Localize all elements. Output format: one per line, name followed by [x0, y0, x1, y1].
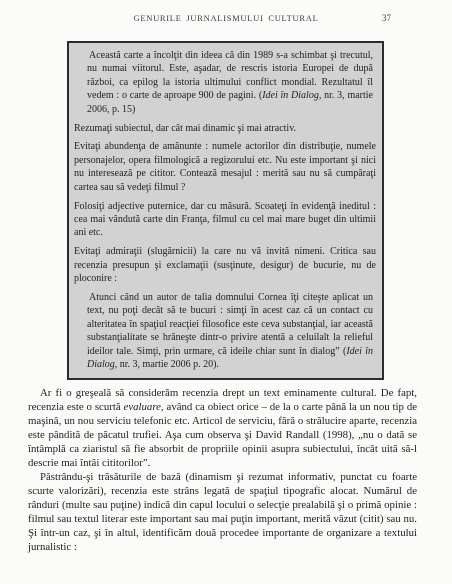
advice-paragraph-3: Folosiţi adjective puternice, dar cu măs…	[74, 200, 376, 240]
quote-box: Această carte a încolţit din ideea că di…	[67, 41, 384, 380]
advice-paragraph-1: Rezumaţi subiectul, dar cât mai dinamic …	[74, 122, 376, 135]
page-number: 37	[382, 13, 391, 23]
body-paragraph-2: Păstrându-şi trăsăturile de bază (dinami…	[28, 470, 417, 554]
body-paragraph-1: Ar fi o greşeală să considerăm recenzia …	[28, 386, 417, 470]
book-page: GENURILE JURNALISMULUI CULTURAL 37 Aceas…	[0, 0, 452, 584]
block-quote-1: Această carte a încolţit din ideea că di…	[87, 49, 373, 116]
block-quote-2: Atunci când un autor de talia domnului C…	[87, 291, 373, 371]
advice-paragraph-2: Evitaţi abundenţa de amănunte : numele a…	[74, 140, 376, 194]
advice-paragraph-4: Evitaţi admiraţii (slugărnicii) la care …	[74, 245, 376, 285]
page-header: GENURILE JURNALISMULUI CULTURAL 37	[0, 0, 452, 26]
page-body: Ar fi o greşeală să considerăm recenzia …	[28, 386, 417, 554]
